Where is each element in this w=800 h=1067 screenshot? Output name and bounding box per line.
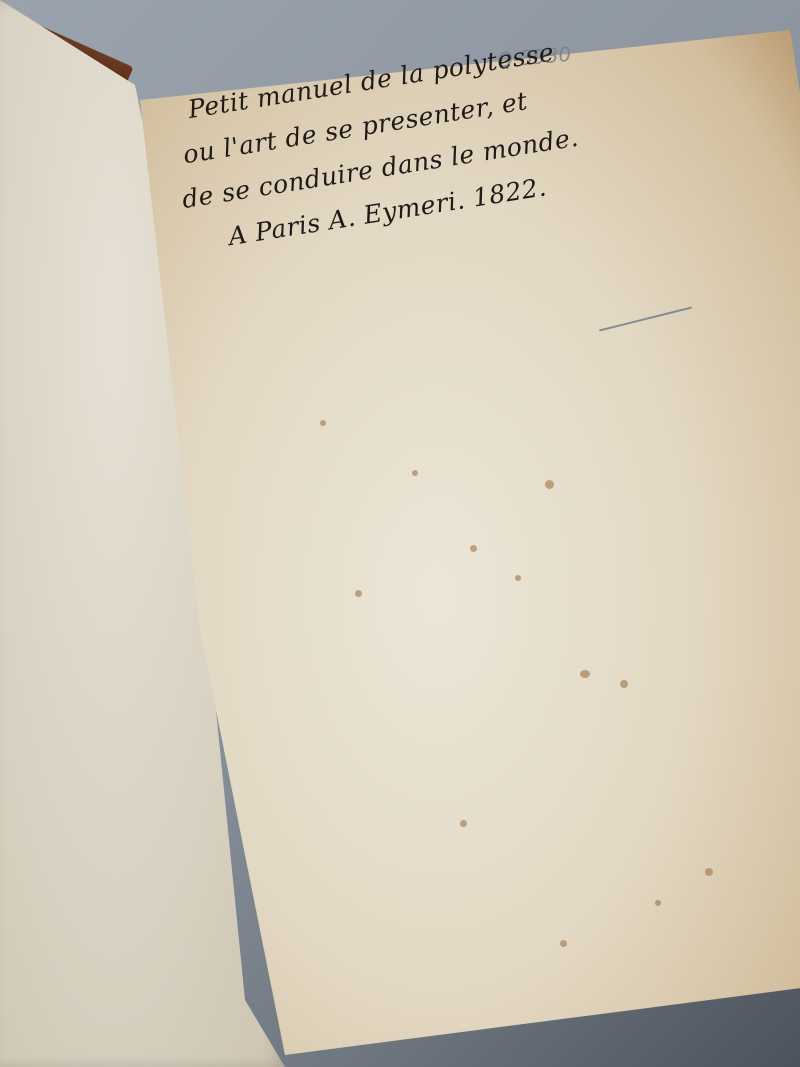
foxing-spot	[355, 590, 362, 597]
foxing-spot	[620, 680, 628, 688]
foxing-spot	[460, 820, 467, 827]
foxing-spot	[655, 900, 661, 906]
foxing-spot	[515, 575, 521, 581]
book-photo: Q-3930 Petit manuel de la polytesse ou l…	[0, 0, 800, 1067]
foxing-spot	[470, 545, 477, 552]
foxing-spot	[545, 480, 554, 489]
foxing-spot	[560, 940, 567, 947]
foxing-spot	[320, 420, 326, 426]
foxing-spot	[412, 470, 418, 476]
foxing-spot	[580, 670, 590, 678]
foxing-spot	[705, 868, 713, 876]
